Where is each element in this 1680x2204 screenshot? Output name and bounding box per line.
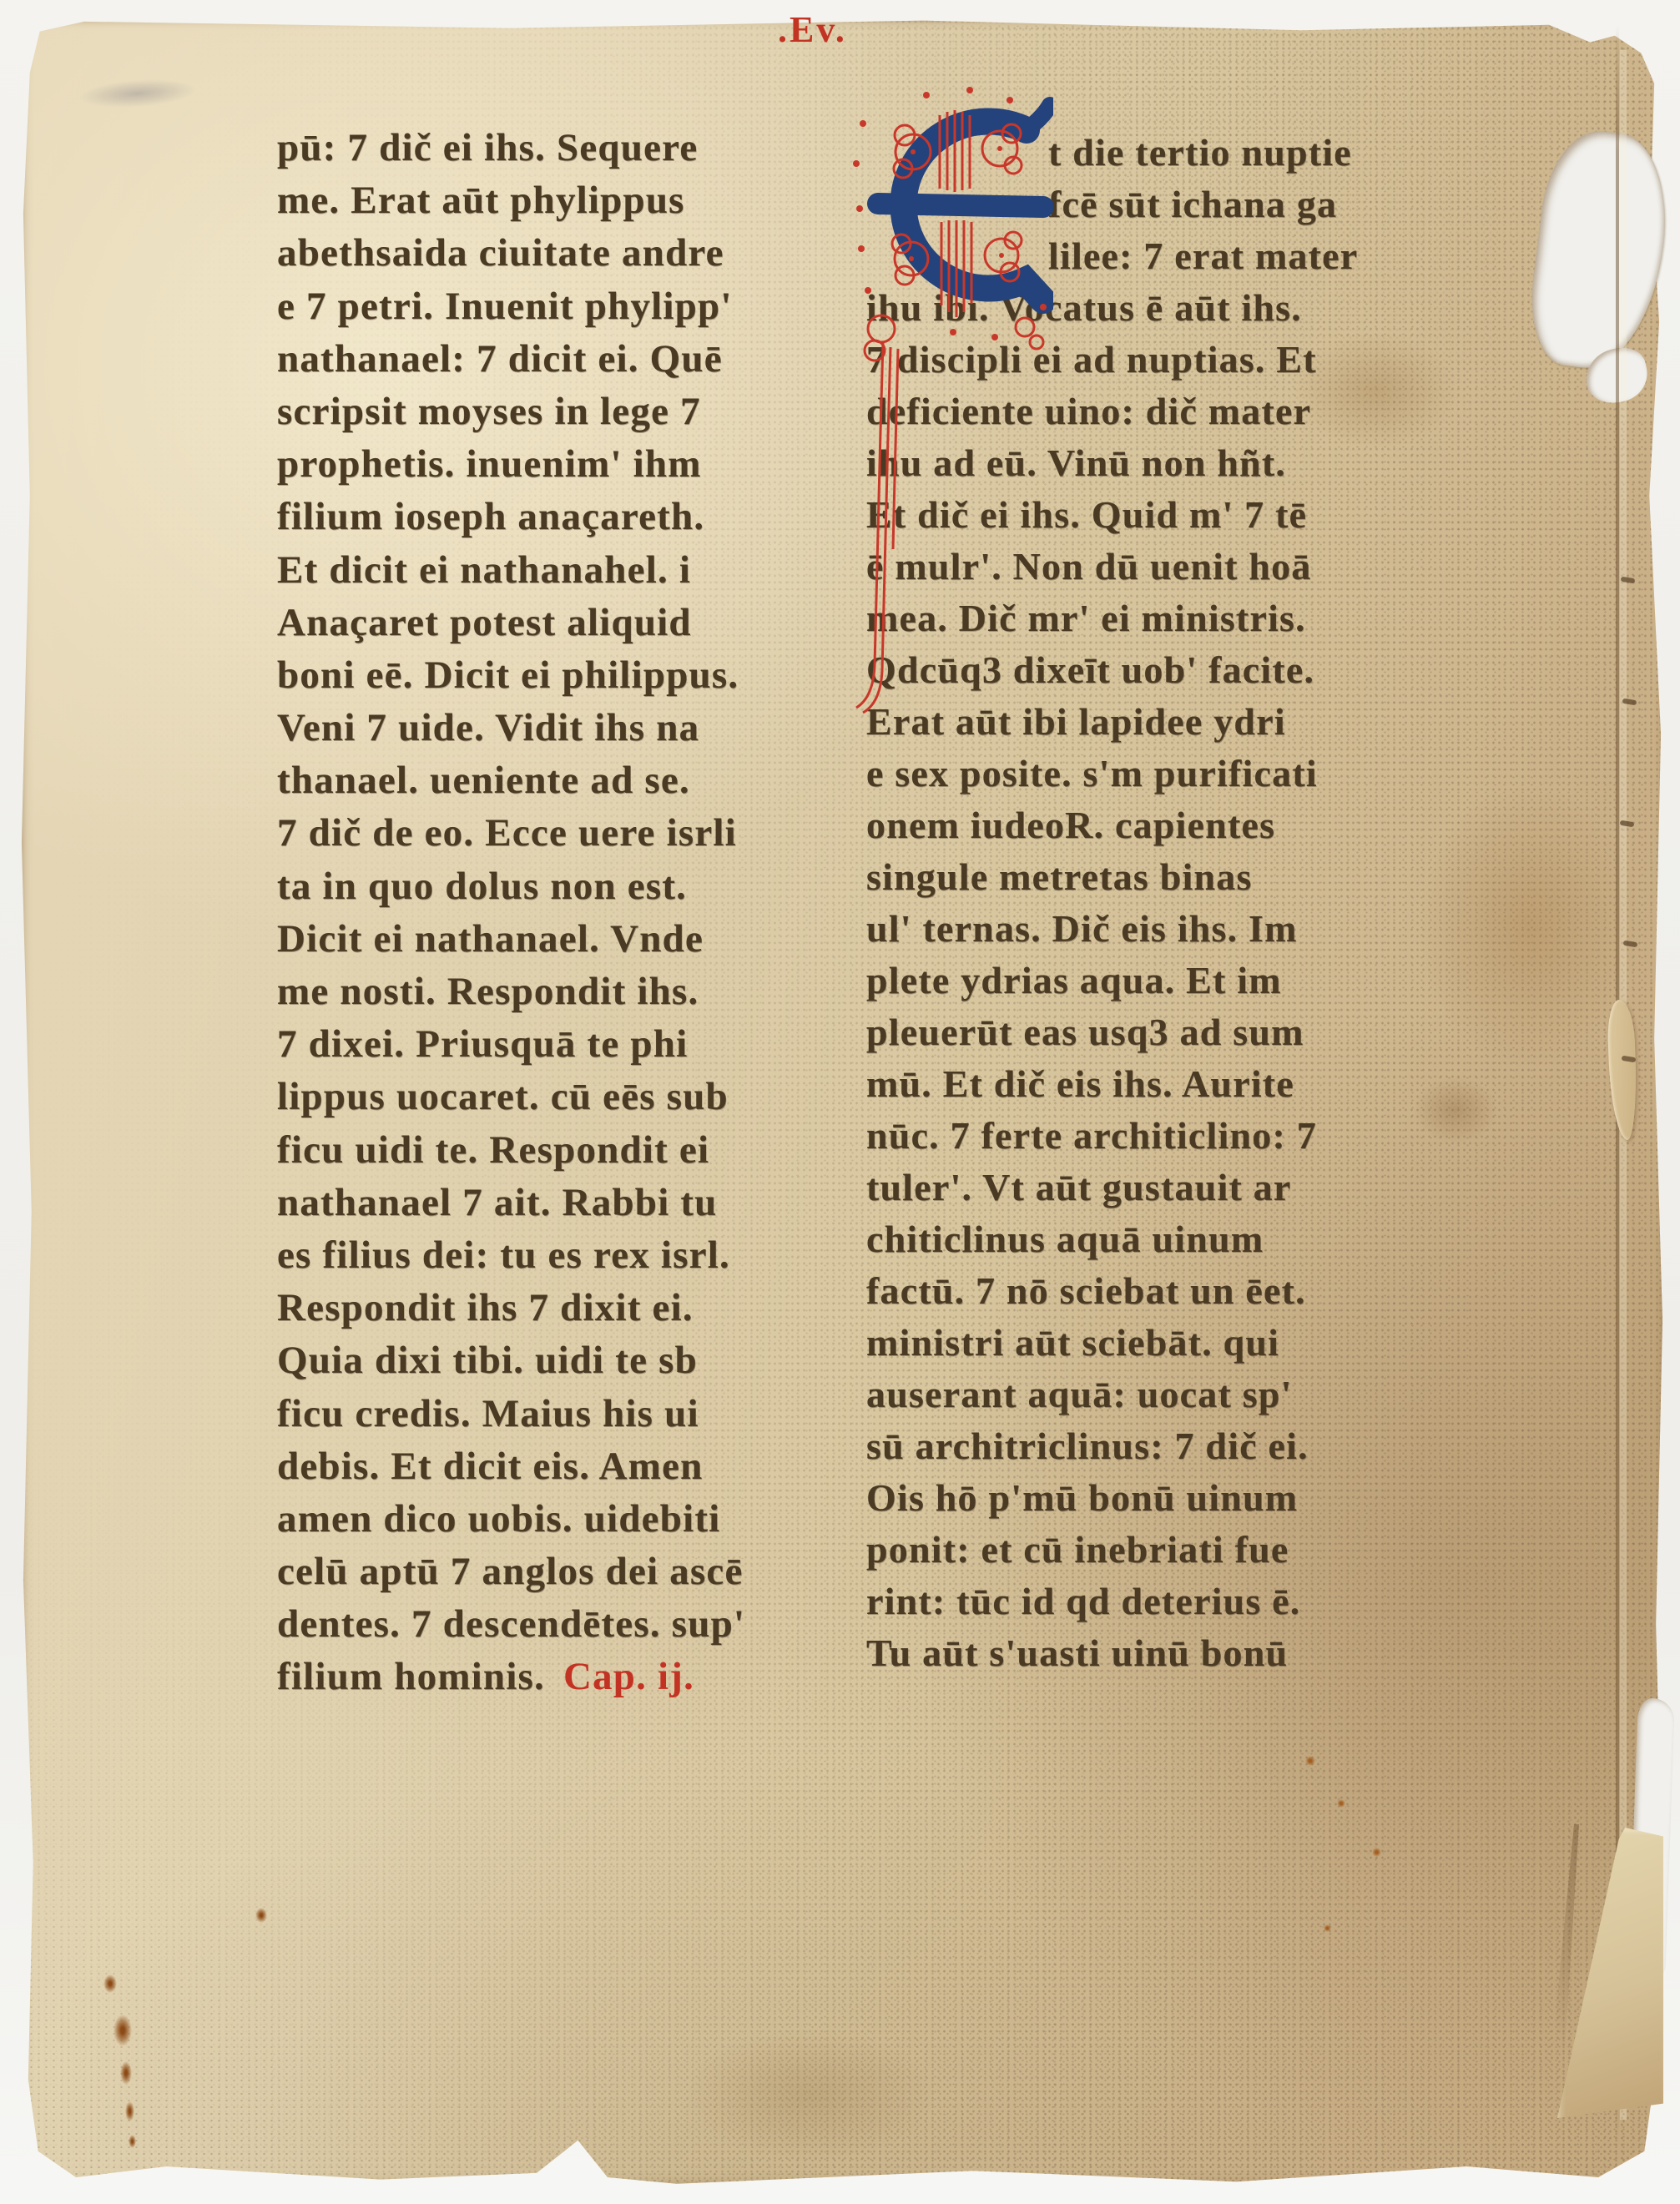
text-line: e sex posite. s'm purificati <box>866 748 1358 799</box>
parchment-speckle-texture-top <box>18 18 1664 2188</box>
text-line: e 7 petri. Inuenit phylipp' <box>277 280 745 333</box>
parchment-leaf <box>18 18 1664 2188</box>
text-line: me. Erat aūt phylippus <box>277 174 745 227</box>
text-line: t die tertio nuptie <box>866 127 1358 179</box>
text-line: lippus uocaret. cū eēs sub <box>277 1071 745 1123</box>
text-line: 7 dixei. Priusquā te phi <box>277 1018 745 1071</box>
text-column-left: pū: 7 dič ei ihs. Sequereme. Erat aūt ph… <box>277 122 745 1704</box>
text-line: celū aptū 7 anglos dei ascē <box>277 1546 745 1598</box>
text-line: boni eē. Dicit ei philippus. <box>277 649 745 702</box>
text-line: ministri aūt sciebāt. qui <box>866 1317 1358 1369</box>
text-line: Quia dixi tibi. uidi te sb <box>277 1334 745 1387</box>
text-line: thanael. ueniente ad se. <box>277 754 745 807</box>
text-line: ficu credis. Maius his ui <box>277 1388 745 1440</box>
text-line: auserant aquā: uocat sp' <box>866 1369 1358 1420</box>
text-line: ficu uidi te. Respondit ei <box>277 1124 745 1177</box>
text-line: plete ydrias aqua. Et im <box>866 955 1358 1006</box>
chapter-rubric: Cap. ij. <box>563 1655 694 1698</box>
parchment-speckle-texture-right <box>18 18 1664 2188</box>
text-line: amen dico uobis. uidebiti <box>277 1493 745 1546</box>
text-line-fragment: filium hominis. <box>277 1655 545 1698</box>
text-line: Qdcūq3 dixeīt uob' facite. <box>866 644 1358 696</box>
text-line: Et dič ei ihs. Quid m' 7 tē <box>866 489 1358 541</box>
text-line: rint: tūc id qd deterius ē. <box>866 1576 1358 1627</box>
scanned-manuscript-page: .Ev. pū: 7 dič ei ihs. Sequereme. Erat a… <box>0 0 1680 2204</box>
text-line: onem iudeoR. capientes <box>866 799 1358 851</box>
text-column-right: t die tertio nuptiefcē sūt ichana galile… <box>866 127 1358 1679</box>
text-line: lilee: 7 erat mater <box>866 230 1358 282</box>
running-title: .Ev. <box>778 8 847 51</box>
text-line: ul' ternas. Dič eis ihs. Im <box>866 903 1358 955</box>
text-line: pleuerūt eas usq3 ad sum <box>866 1006 1358 1058</box>
text-line: ihu ad eū. Vinū non hñt. <box>866 437 1358 489</box>
text-line: Dicit ei nathanael. Vnde <box>277 913 745 966</box>
text-line: scripsit moyses in lege 7 <box>277 386 745 438</box>
text-line: ta in quo dolus non est. <box>277 860 745 913</box>
text-line: mea. Dič mr' ei ministris. <box>866 593 1358 644</box>
text-line: pū: 7 dič ei ihs. Sequere <box>277 122 745 174</box>
text-line: sū architriclinus: 7 dič ei. <box>866 1420 1358 1472</box>
text-line: ē mulr'. Non dū uenit hoā <box>866 541 1358 593</box>
text-line: ponit: et cū inebriati fue <box>866 1524 1358 1576</box>
text-line: filium hominis.Cap. ij. <box>277 1651 745 1703</box>
text-line: nūc. 7 ferte architiclino: 7 <box>866 1110 1358 1162</box>
text-line: ihu ibi. Vocatus ē aūt ihs. <box>866 282 1358 334</box>
text-line: Tu aūt s'uasti uinū bonū <box>866 1627 1358 1679</box>
text-line: abethsaida ciuitate andre <box>277 227 745 280</box>
text-line: filium ioseph anaçareth. <box>277 491 745 543</box>
parchment-speckle-texture-bottom <box>18 18 1664 2188</box>
text-line: Veni 7 uide. Vidit ihs na <box>277 702 745 754</box>
text-line: tuler'. Vt aūt gustauit ar <box>866 1162 1358 1213</box>
text-line: Respondit ihs 7 dixit ei. <box>277 1282 745 1334</box>
text-line: dentes. 7 descendētes. sup' <box>277 1598 745 1651</box>
text-line-list: t die tertio nuptiefcē sūt ichana galile… <box>866 127 1358 1679</box>
text-line: mū. Et dič eis ihs. Aurite <box>866 1058 1358 1110</box>
text-line: 7 discipli ei ad nuptias. Et <box>866 334 1358 386</box>
text-line: singule metretas binas <box>866 851 1358 903</box>
text-line: me nosti. Respondit ihs. <box>277 966 745 1018</box>
text-line: Anaçaret potest aliquid <box>277 597 745 649</box>
text-line: nathanael 7 ait. Rabbi tu <box>277 1177 745 1229</box>
text-line: es filius dei: tu es rex isrl. <box>277 1229 745 1282</box>
text-line: Erat aūt ibi lapidee ydri <box>866 696 1358 748</box>
text-line: deficiente uino: dič mater <box>866 386 1358 437</box>
text-line: chiticlinus aquā uinum <box>866 1213 1358 1265</box>
text-line: factū. 7 nō sciebat un ēet. <box>866 1265 1358 1317</box>
text-line: 7 dič de eo. Ecce uere isrli <box>277 807 745 860</box>
text-line-list: pū: 7 dič ei ihs. Sequereme. Erat aūt ph… <box>277 122 745 1651</box>
text-line: Et dicit ei nathanahel. i <box>277 544 745 597</box>
text-line: prophetis. inuenim' ihm <box>277 438 745 491</box>
text-line: debis. Et dicit eis. Amen <box>277 1440 745 1493</box>
text-line: Ois hō p'mū bonū uinum <box>866 1472 1358 1524</box>
text-line: nathanael: 7 dicit ei. Quē <box>277 333 745 386</box>
text-line: fcē sūt ichana ga <box>866 179 1358 230</box>
